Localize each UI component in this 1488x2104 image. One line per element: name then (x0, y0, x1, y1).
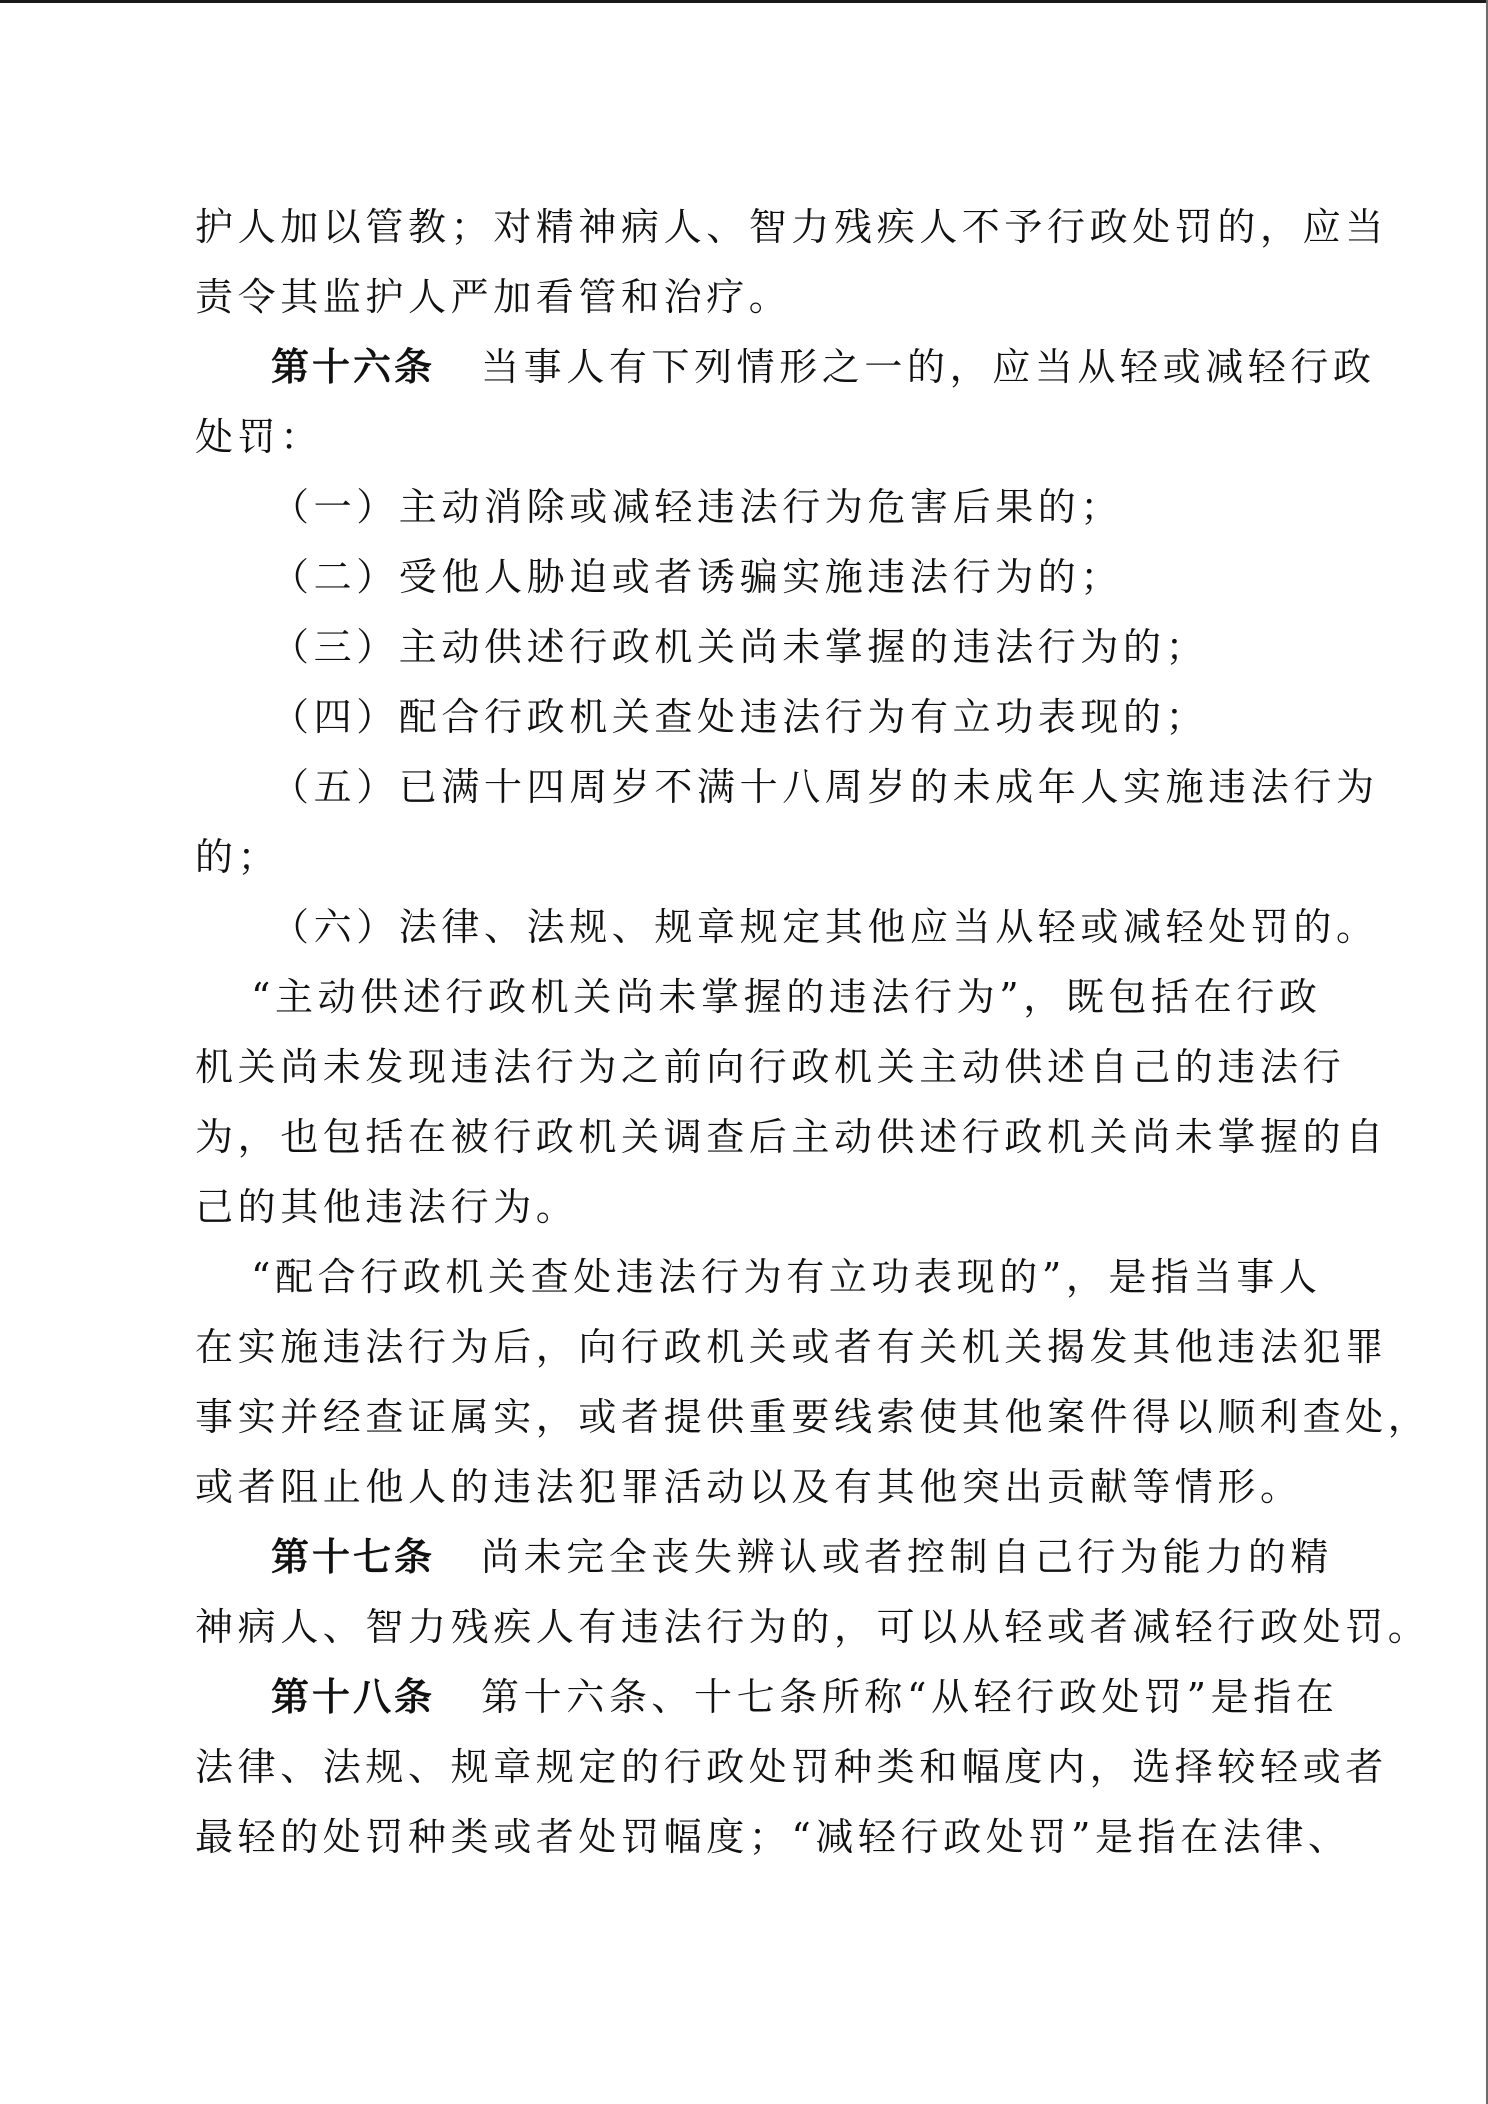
text-line: “配合行政机关查处违法行为有立功表现的”，是指当事人 (251, 1250, 1321, 1304)
text-line: 最轻的处罚种类或者处罚幅度；“减轻行政处罚”是指在法律、 (195, 1810, 1351, 1864)
text-line: “主动供述行政机关尚未掌握的违法行为”，既包括在行政 (251, 970, 1321, 1024)
list-item: （二）受他人胁迫或者诱骗实施违法行为的； (271, 550, 1123, 604)
article-18: 第十八条第十六条、十七条所称“从轻行政处罚”是指在 (271, 1670, 1338, 1724)
list-item: （三）主动供述行政机关尚未掌握的违法行为的； (271, 620, 1208, 674)
text-line: 机关尚未发现违法行为之前向行政机关主动供述自己的违法行 (195, 1040, 1345, 1094)
article-heading: 第十七条 (271, 1534, 435, 1579)
article-17: 第十七条尚未完全丧失辨认或者控制自己行为能力的精 (271, 1530, 1333, 1584)
text-line: 己的其他违法行为。 (195, 1180, 578, 1234)
page-top-border (0, 0, 1488, 3)
text-line: 处罚： (195, 410, 323, 464)
list-item: （四）配合行政机关查处违法行为有立功表现的； (271, 690, 1208, 744)
article-heading: 第十六条 (271, 344, 435, 389)
text-line: 法律、法规、规章规定的行政处罚种类和幅度内，选择较轻或者 (195, 1740, 1388, 1794)
article-16: 第十六条当事人有下列情形之一的，应当从轻或减轻行政 (271, 340, 1376, 394)
text-line: 的； (195, 830, 280, 884)
text-line: 护人加以管教；对精神病人、智力残疾人不予行政处罚的，应当 (195, 200, 1388, 254)
text-line: 为，也包括在被行政机关调查后主动供述行政机关尚未掌握的自 (195, 1110, 1388, 1164)
article-text: 当事人有下列情形之一的，应当从轻或减轻行政 (481, 345, 1376, 389)
list-item: （六）法律、法规、规章规定其他应当从轻或减轻处罚的。 (271, 900, 1379, 954)
article-heading: 第十八条 (271, 1674, 435, 1719)
article-text: 尚未完全丧失辨认或者控制自己行为能力的精 (481, 1535, 1333, 1579)
text-line: 神病人、智力残疾人有违法行为的，可以从轻或者减轻行政处罚。 (195, 1600, 1430, 1654)
text-line: 在实施违法行为后，向行政机关或者有关机关揭发其他违法犯罪 (195, 1320, 1388, 1374)
list-item: （一）主动消除或减轻违法行为危害后果的； (271, 480, 1123, 534)
text-line: 事实并经查证属实，或者提供重要线索使其他案件得以顺利查处， (195, 1390, 1430, 1444)
article-text: 第十六条、十七条所称“从轻行政处罚”是指在 (481, 1675, 1338, 1719)
text-line: 责令其监护人严加看管和治疗。 (195, 270, 791, 324)
list-item: （五）已满十四周岁不满十八周岁的未成年人实施违法行为 (271, 760, 1379, 814)
text-line: 或者阻止他人的违法犯罪活动以及有其他突出贡献等情形。 (195, 1460, 1303, 1514)
